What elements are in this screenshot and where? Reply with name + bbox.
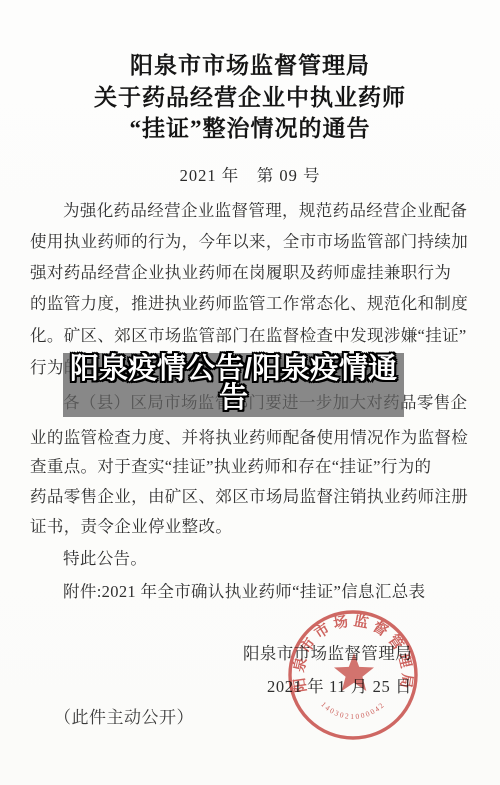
public-disclosure-note: （此件主动公开） <box>54 708 194 727</box>
scanned-notice-page: 阳泉市市场监督管理局 关于药品经营企业中执业药师 “挂证”整治情况的通告 202… <box>0 0 500 785</box>
closing-line: 特此公告。 <box>30 550 472 568</box>
watermark-text-line2: 告 <box>63 384 404 413</box>
body-line: 为强化药品经营企业监督管理，规范药品经营企业配备 <box>30 202 472 220</box>
doc-number: 2021 年 第 09 号 <box>0 167 500 185</box>
body-line: 业的监管检查力度、并将执业药师配备使用情况作为监督检 <box>30 429 472 447</box>
notice-title-line3: “挂证”整治情况的通告 <box>0 117 500 141</box>
seal-code-text: 1403021000042 <box>319 700 387 721</box>
body-line: 使用执业药师的行为，今年以来，全市市场监管部门持续加 <box>30 233 472 251</box>
watermark-text-line1: 阳泉疫情公告/阳泉疫情通 <box>70 353 397 385</box>
attachment-line: 附件:2021 年全市确认执业药师“挂证”信息汇总表 <box>30 583 472 601</box>
body-line: 的监管力度，推进执业药师监管工作常态化、规范化和制度 <box>30 295 472 313</box>
watermark-text: 阳泉疫情公告/阳泉疫情通告 <box>63 355 404 413</box>
body-line: 强对药品经营企业执业药师在岗履职及药师虚挂兼职行为 <box>30 264 472 282</box>
svg-text:1403021000042: 1403021000042 <box>319 700 387 721</box>
body-line: 查重点。对于查实“挂证”执业药师和存在“挂证”行为的 <box>30 458 472 476</box>
body-line: 药品零售企业，由矿区、郊区市场局监督注销执业药师注册 <box>30 488 472 506</box>
official-seal-stamp: 阳泉市市场监督管理局 1403021000042 <box>285 608 421 744</box>
body-line: 化。矿区、郊区市场监管部门在监督检查中发现涉嫌“挂证” <box>30 327 472 345</box>
seal-star-icon <box>334 653 374 691</box>
notice-title-line1: 阳泉市市场监督管理局 <box>0 54 500 78</box>
notice-title-line2: 关于药品经营企业中执业药师 <box>0 86 500 110</box>
body-line: 证书，责令企业停业整改。 <box>30 518 472 536</box>
